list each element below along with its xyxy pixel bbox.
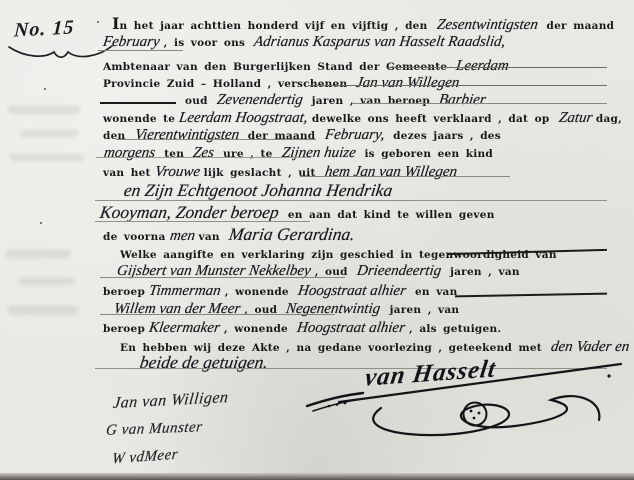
printed-text: jaren , van	[390, 304, 460, 316]
blank-line-rule	[95, 221, 310, 222]
printed-text: oud	[185, 95, 208, 107]
handwritten-text: beide de getuigen.	[134, 352, 273, 374]
handwritten-text: February	[98, 33, 165, 52]
handwritten-text: en Zijn Echtgenoot Johanna Hendrika	[118, 180, 397, 202]
signature-witness-1: Jan van Willigen	[112, 389, 229, 413]
handwritten-text: Kleermaker	[144, 319, 225, 338]
blank-line-rule	[300, 176, 510, 177]
handwritten-text: Vrouwe	[149, 163, 205, 182]
handwritten-text: morgens	[99, 144, 161, 163]
printed-text: lijk geslacht , uit	[204, 167, 316, 179]
filled-blank-rule	[100, 93, 176, 104]
act-line-16: Willem van der Meer, oud Negenentwintig …	[110, 298, 459, 319]
handwritten-text: Drieendeertig	[352, 262, 447, 281]
ink-speck	[40, 222, 42, 224]
blank-line-rule	[96, 157, 311, 158]
blank-line-rule	[95, 200, 607, 201]
printed-text: is geboren een kind	[364, 148, 493, 160]
act-line-19: beide de getuigen.	[136, 352, 272, 374]
handwritten-text: Negenentwintig	[281, 300, 386, 319]
handwritten-text: hem Jan van Willegen	[319, 163, 462, 182]
handwritten-text: Zijnen huize	[276, 144, 360, 163]
act-line-9: van hetVrouwelijk geslacht , uit hem Jan…	[103, 161, 461, 182]
blank-line-rule	[352, 103, 607, 104]
printed-text: beroep	[103, 286, 145, 298]
signature-paraph-icon	[303, 356, 628, 448]
printed-text: , wonende	[224, 323, 288, 335]
printed-text: dezes jaars , des	[393, 130, 501, 142]
bleed-through-smudge	[8, 106, 80, 114]
printed-text: ten	[164, 148, 184, 160]
scanned-birth-certificate: No. 15 In het jaar achttien honderd vijf…	[0, 0, 634, 480]
printed-text: , wonende	[225, 286, 289, 298]
blank-line-rule	[100, 277, 345, 278]
printed-text: van	[199, 231, 220, 243]
signature-registrar: van Hasselt	[303, 356, 628, 448]
printed-text: en aan dat kind te willen geven	[288, 209, 495, 221]
signature-witness-2: G van Munster	[105, 419, 203, 439]
signature-witness-3: W vdMeer	[111, 447, 178, 469]
printed-text: der maand	[248, 130, 316, 142]
printed-text: van het	[103, 167, 151, 179]
act-line-10: en Zijn Echtgenoot Johanna Hendrika	[120, 180, 396, 202]
printed-text: , als getuigen.	[409, 323, 501, 335]
printed-text: ure , te	[223, 148, 272, 160]
bleed-through-smudge	[10, 154, 84, 161]
bleed-through-smudge	[6, 250, 70, 258]
act-line-2: February, is voor ons Adrianus Kasparus …	[99, 31, 509, 52]
printed-text: der maand	[547, 20, 615, 32]
handwritten-text: den Vader en	[546, 338, 634, 357]
blank-line-rule	[116, 139, 316, 140]
printed-text: jaren , van	[450, 266, 520, 278]
bleed-through-smudge	[20, 130, 78, 137]
ink-speck	[97, 21, 99, 23]
scan-edge	[0, 473, 634, 480]
act-line-8: morgens ten Zes ure , te Zijnen huize is…	[100, 142, 493, 163]
act-number: No. 15	[13, 16, 75, 42]
printed-text: en van	[415, 286, 458, 298]
printed-text: de voorna	[103, 231, 166, 243]
handwritten-text: Hoogstraat alhier	[292, 319, 411, 338]
act-line-17: beroepKleermaker, wonende Hoogstraat alh…	[103, 317, 501, 338]
printed-text: jaren , van beroep	[312, 95, 430, 107]
bleed-through-smudge	[18, 278, 74, 285]
handwritten-text: Willem van der Meer	[109, 300, 246, 319]
filled-blank-rule	[455, 293, 607, 298]
blank-line-rule	[388, 67, 607, 68]
blank-line-rule	[308, 85, 607, 86]
blank-line-rule	[98, 50, 183, 51]
handwritten-text: Adrianus Kasparus van Hasselt Raadslid,	[249, 33, 511, 52]
blank-line-rule	[100, 314, 335, 315]
handwritten-text: Zatur	[553, 109, 597, 128]
printed-text: beroep	[103, 323, 145, 335]
printed-text: dag,	[596, 113, 622, 125]
handwritten-text: Zes	[188, 144, 219, 163]
printed-text: den	[103, 130, 125, 142]
bleed-through-smudge	[8, 306, 78, 314]
printed-text: , is voor ons	[164, 37, 245, 49]
ink-speck	[44, 88, 46, 90]
